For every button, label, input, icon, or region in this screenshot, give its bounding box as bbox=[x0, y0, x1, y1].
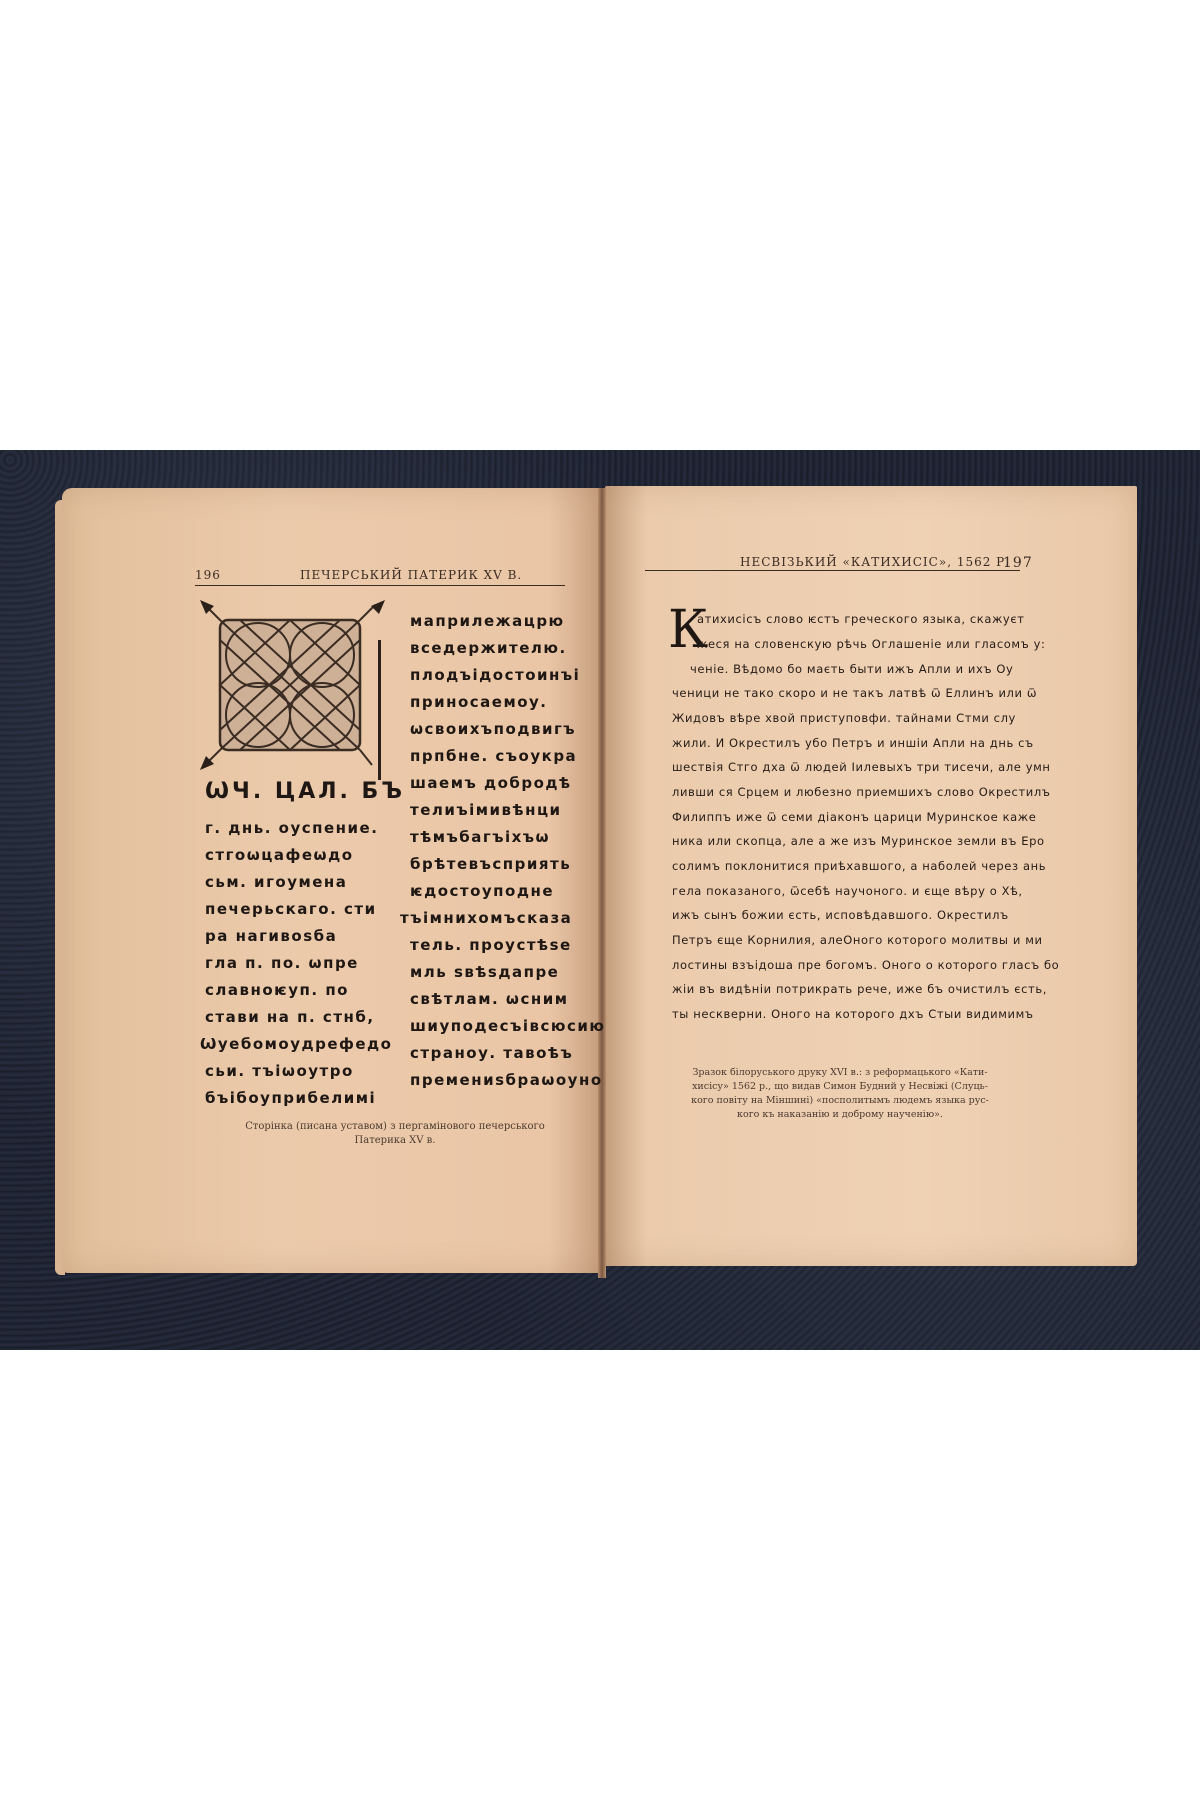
text-line: стави на п. стнб, bbox=[205, 1004, 375, 1031]
text-line: сьм. игоумена bbox=[205, 869, 347, 896]
text-line: Филиппъ иже ѿ семи діаконъ царици Муринс… bbox=[672, 805, 1036, 830]
right-caption: Зразок білоруського друку XVI в.: з рефо… bbox=[670, 1066, 1010, 1122]
ornament-staff bbox=[378, 640, 381, 780]
text-line: ника или скопца, але а же изъ Муринское … bbox=[672, 829, 1045, 854]
text-line: брѣтевъсприять bbox=[410, 851, 571, 878]
text-line: маприлежацрю bbox=[410, 608, 565, 635]
text-line: ра нагивоѕба bbox=[205, 923, 337, 950]
text-line: вседержителю. bbox=[410, 635, 567, 662]
text-line: лостины взъiдоша пре богомъ. Оного о кот… bbox=[672, 953, 1059, 978]
text-line: жеся на словенскую рѣчь Оглашеніе или гл… bbox=[697, 632, 1046, 657]
text-line: тѣмъбагъiхъѡ bbox=[410, 824, 550, 851]
text-line: шествія Стго дха ѿ людей Іилевыхъ три ти… bbox=[672, 755, 1051, 780]
text-line: Петръ єще Корнилия, алеОного которого мо… bbox=[672, 928, 1043, 953]
text-line: печерьскаго. сти bbox=[205, 896, 377, 923]
text-line: ты нескверни. Оного на которого дхъ Стыи… bbox=[672, 1002, 1034, 1027]
text-line: атихисісъ слово ѥстъ греческого языка, с… bbox=[697, 607, 1025, 632]
caption-line: хисісу» 1562 р., що видав Симон Будний у… bbox=[670, 1080, 1010, 1094]
page-number-left: 196 bbox=[195, 568, 221, 582]
text-line: ченіе. Вѣдомо бо маєть быти ижъ Апли и и… bbox=[690, 657, 1013, 682]
caption-line: кого повіту на Міншині) «посполитымъ люд… bbox=[670, 1094, 1010, 1108]
caption-line: Зразок білоруського друку XVI в.: з рефо… bbox=[670, 1066, 1010, 1080]
caption-line: Патерика XV в. bbox=[230, 1134, 560, 1148]
running-head-right: НЕСВІЗЬКИЙ «КАТИХИСІС», 1562 Р. bbox=[740, 555, 1010, 569]
text-line: ижъ сынъ божии єсть, исповѣдавшого. Окре… bbox=[672, 903, 1009, 928]
header-rule-right bbox=[645, 570, 1020, 571]
manuscript-date-heading: ѠЧ. ЦАЛ. БЪ bbox=[205, 778, 405, 805]
text-line: сьи. тъiѡоутро bbox=[205, 1058, 354, 1085]
text-line: свѣтлам. ѡсним bbox=[410, 986, 568, 1013]
text-line: жіи въ видѣніи потрикрать рече, иже бъ о… bbox=[672, 977, 1047, 1002]
text-line: стгоѡцафеѡдо bbox=[205, 842, 354, 869]
text-line: тъiмнихомъсказа bbox=[400, 905, 572, 932]
book-spine bbox=[598, 488, 606, 1278]
text-line: премениѕбраѡоуно bbox=[410, 1067, 603, 1094]
text-line: тель. проустѣѕе bbox=[410, 932, 572, 959]
text-line: славноѥуп. по bbox=[205, 977, 349, 1004]
left-caption: Сторінка (писана уставом) з пергаміновог… bbox=[230, 1120, 560, 1148]
text-line: гла п. по. ѡпре bbox=[205, 950, 359, 977]
page-number-right: 197 bbox=[1003, 555, 1033, 571]
text-line: ѡсвоихъподвигъ bbox=[410, 716, 576, 743]
text-line: ѥдостоуподне bbox=[410, 878, 554, 905]
text-line: г. днь. оуспение. bbox=[205, 815, 378, 842]
text-line: ливши ся Срцем и любезно приемшихъ слово… bbox=[672, 780, 1051, 805]
text-line: гела показаного, ѿсебѣ научоного. и єще … bbox=[672, 879, 1023, 904]
text-line: Ѡуебомоудрефедо bbox=[200, 1031, 392, 1058]
text-line: прпбне. съоукра bbox=[410, 743, 577, 770]
text-line: плодъiдостоинъi bbox=[410, 662, 580, 689]
text-line: бъiбоуприбелимi bbox=[205, 1085, 376, 1112]
interlace-ornament-icon bbox=[200, 600, 385, 770]
caption-line: Сторінка (писана уставом) з пергаміновог… bbox=[230, 1120, 560, 1134]
text-line: приносаемоу. bbox=[410, 689, 548, 716]
text-line: солимъ поклонитися приѣхавшого, а наболе… bbox=[672, 854, 1046, 879]
text-line: мль ѕвѣѕдапре bbox=[410, 959, 559, 986]
text-line: шаемъ добродѣ bbox=[410, 770, 572, 797]
text-line: телиъiмивѣнци bbox=[410, 797, 562, 824]
running-head-left: ПЕЧЕРСЬКИЙ ПАТЕРИК XV В. bbox=[300, 568, 522, 582]
text-line: Жидовъ вѣре хвой приступовфи. тайнами Ст… bbox=[672, 706, 1016, 731]
text-line: жили. И Окрестилъ убо Петръ и иншіи Апли… bbox=[672, 731, 1034, 756]
text-line: шиуподесъiвсюсию bbox=[410, 1013, 605, 1040]
header-rule-left bbox=[195, 585, 565, 586]
text-line: ченици не тако скоро и не такъ латвѣ ѿ Е… bbox=[672, 681, 1037, 706]
caption-line: кого къ наказанію и доброму наученію». bbox=[670, 1108, 1010, 1122]
text-line: страноу. тавоѣъ bbox=[410, 1040, 573, 1067]
